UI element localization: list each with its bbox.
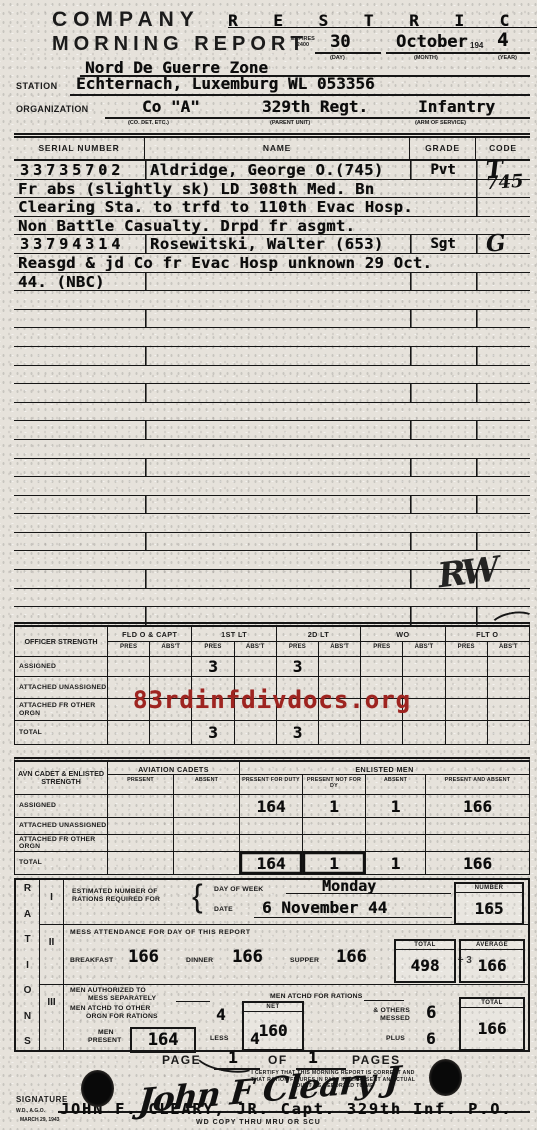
rations-total-value: 166 — [461, 1008, 523, 1049]
label-line: ESTIMATED NUMBER OF — [72, 888, 160, 896]
officer-subcolumn-header: ABS'T — [234, 641, 276, 656]
total-label: TOTAL — [461, 999, 523, 1008]
dinner-label: DINNER — [186, 957, 213, 965]
handwritten-initials: RW — [436, 550, 498, 597]
breakfast-value: 166 — [128, 947, 159, 967]
enlisted-strength-value — [107, 794, 173, 817]
organization-parent-unit: 329th Regt. — [262, 97, 368, 116]
organization-unit: Co "A" — [142, 97, 200, 116]
rations-section: RATIONS I ESTIMATED NUMBER OF RATIONS RE… — [14, 878, 530, 1052]
men-present-box: 164 — [130, 1027, 196, 1053]
expires-time: 2400 — [291, 42, 315, 48]
remark-text: Non Battle Casualty. Drpd fr asgmt. — [18, 217, 355, 235]
roster-blank-row — [14, 347, 530, 366]
col-header-grade: GRADE — [410, 138, 476, 159]
mess-total-value: 498 — [396, 950, 454, 981]
officer-strength-value — [234, 656, 276, 676]
enlisted-subcolumn-header: ABSENT — [365, 774, 425, 794]
others-messed-label: & OTHERS MESSED — [350, 1007, 410, 1023]
enlisted-strength-value — [365, 817, 425, 834]
aviation-cadets-group-header: AVIATION CADETS — [107, 762, 239, 774]
enlisted-men-group-header: ENLISTED MEN — [239, 762, 529, 774]
date-month-value: October — [396, 32, 468, 52]
officer-subcolumn-header: PRES — [360, 641, 402, 656]
enlisted-strength-value — [302, 834, 365, 851]
enlisted-strength-value — [107, 817, 173, 834]
number-box: NUMBER 165 — [454, 882, 524, 925]
rations-side-letter: O — [24, 985, 32, 996]
officer-strength-value — [487, 676, 529, 698]
rations-side-letter: A — [24, 909, 31, 920]
soldier-name: Rosewitski, Walter (653) — [150, 235, 384, 253]
officer-strength-value — [445, 698, 487, 720]
label-line: RATIONS REQUIRED FOR — [72, 896, 160, 904]
label-line: MESSED — [350, 1015, 410, 1023]
enlisted-strength-value: 164 — [239, 851, 302, 874]
rations-numeral-3: III — [40, 985, 64, 1050]
roster-row-remark: 44. (NBC) — [14, 273, 530, 292]
label-line: MEN — [88, 1029, 122, 1037]
date-month-label: (MONTH) — [414, 55, 438, 61]
officer-strength-value — [107, 656, 149, 676]
enlisted-strength-value — [425, 817, 529, 834]
men-present-label: MEN PRESENT — [88, 1029, 122, 1045]
label-line: PRESENT — [88, 1037, 122, 1045]
enlisted-strength-value: 1 — [365, 794, 425, 817]
rations-side-letter: N — [24, 1011, 31, 1022]
enlisted-subcolumn-header: ABSENT — [173, 774, 239, 794]
roster-blank-row — [14, 384, 530, 403]
morning-report-scanned-form: COMPANY R E S T R I C T E D MORNING REPO… — [0, 0, 537, 1130]
average-value: 166 — [461, 950, 523, 981]
officer-strength-value: 3 — [191, 720, 233, 744]
rations-side-letter: I — [26, 960, 29, 971]
officer-row-label: ATTACHED UNASSIGNED — [15, 676, 107, 698]
classification-stamp: R E S T R I C T E D — [228, 11, 537, 30]
roster-blank-row — [14, 477, 530, 496]
label-line: MEN AUTHORIZED TO — [70, 987, 156, 995]
enlisted-strength-value: 166 — [425, 794, 529, 817]
officer-subcolumn-header: ABS'T — [149, 641, 191, 656]
org-unit-sublabel: (CO. DET. ETC.) — [128, 120, 169, 126]
roster-blank-row — [14, 403, 530, 422]
roster-row-entry: 33794314 Rosewitski, Walter (653) Sgt G — [14, 235, 530, 254]
total-label: TOTAL — [396, 941, 454, 950]
officer-strength-value — [445, 656, 487, 676]
pages-total: 1 — [308, 1048, 318, 1067]
officer-row-label: ATTACHED FR OTHER ORGN — [15, 698, 107, 720]
average-box: AVERAGE 166 — [459, 939, 525, 983]
station-label: STATION — [16, 81, 58, 91]
roster-row-remark: Non Battle Casualty. Drpd fr asgmt. — [14, 217, 530, 236]
men-present-value: 164 — [148, 1030, 179, 1050]
enlisted-strength-value: 1 — [365, 851, 425, 874]
roster-blank-row — [14, 459, 530, 478]
enlisted-strength-value — [173, 794, 239, 817]
roster-blank-row — [14, 366, 530, 385]
enlisted-subcolumn-header: PRESENT FOR DUTY — [239, 774, 302, 794]
officer-strength-value — [402, 720, 444, 744]
enlisted-strength-value — [365, 834, 425, 851]
officer-strength-value — [445, 720, 487, 744]
roster-blank-row — [14, 421, 530, 440]
enlisted-strength-value — [173, 834, 239, 851]
mess-total-box: TOTAL 498 — [394, 939, 456, 983]
officer-group-header: 2D LT — [276, 627, 360, 641]
officer-subcolumn-header: PRES — [191, 641, 233, 656]
expires-stamp: EXPIRES 2400 — [291, 36, 315, 48]
organization-arm: Infantry — [418, 97, 495, 116]
officer-strength-table: OFFICER STRENGTHFLD O & CAPT1ST LT2D LTW… — [14, 622, 530, 745]
officer-subcolumn-header: ABS'T — [318, 641, 360, 656]
form-title-company: COMPANY — [52, 8, 200, 32]
form-title-morning-report: MORNING REPORT — [52, 33, 308, 56]
label-line: MESS SEPARATELY — [70, 995, 156, 1003]
roster-row-remark: Clearing Sta. to trfd to 110th Evac Hosp… — [14, 198, 530, 217]
officer-strength-value — [487, 656, 529, 676]
officer-subcolumn-header: PRES — [276, 641, 318, 656]
col-header-serial-number: SERIAL NUMBER — [14, 138, 145, 159]
number-label: NUMBER — [456, 884, 522, 893]
rations-total-box: TOTAL 166 — [459, 997, 525, 1051]
atchd-other-orgn-label: MEN ATCHD TO OTHER ORGN FOR RATIONS — [70, 1005, 158, 1021]
label-line: MEN ATCHD TO OTHER — [70, 1005, 158, 1013]
officer-group-header: FLD O & CAPT — [107, 627, 191, 641]
officer-strength-value — [360, 720, 402, 744]
roster-blank-row — [14, 514, 530, 533]
day-of-week-label: DAY OF WEEK — [214, 886, 263, 894]
distribution-line: WD COPY THRU MRU OR SCU — [196, 1119, 321, 1126]
label-line: & OTHERS — [350, 1007, 410, 1015]
rations-numeral-1: I — [40, 880, 64, 924]
organization-label: ORGANIZATION — [16, 104, 88, 114]
rations-row-3: III MEN AUTHORIZED TO MESS SEPARATELY ME… — [40, 985, 528, 1050]
officer-strength-value: 3 — [276, 720, 318, 744]
enlisted-subcolumn-header: PRESENT — [107, 774, 173, 794]
handwritten-code: G — [485, 235, 506, 254]
officer-strength-value — [149, 656, 191, 676]
officer-strength-value — [487, 720, 529, 744]
officer-strength-value — [360, 656, 402, 676]
officer-row-label: TOTAL — [15, 720, 107, 744]
officer-strength-value — [318, 720, 360, 744]
roster-blank-row — [14, 533, 530, 552]
remark-text: Clearing Sta. to trfd to 110th Evac Hosp… — [18, 198, 413, 216]
serial-number: 33735702 — [20, 161, 124, 179]
enlisted-strength-value: 1 — [302, 851, 365, 874]
enlisted-row-label: ATTACHED FR OTHER ORGN — [15, 834, 107, 851]
roster-blank-row — [14, 440, 530, 459]
roster-row-remark: Fr abs (slightly sk) LD 308th Med. Bn 74… — [14, 180, 530, 199]
enlisted-strength-value — [239, 834, 302, 851]
rations-side-letter: T — [24, 934, 30, 945]
mess-separately-blank — [176, 1001, 210, 1002]
rations-side-letter: S — [24, 1036, 31, 1047]
officer-subcolumn-header: PRES — [107, 641, 149, 656]
supper-label: SUPPER — [290, 957, 319, 965]
plus-value: 6 — [426, 1029, 436, 1048]
enlisted-row-label: ATTACHED UNASSIGNED — [15, 817, 107, 834]
enlisted-strength-value: 1 — [302, 794, 365, 817]
officer-strength-title: OFFICER STRENGTH — [15, 627, 107, 656]
mess-separately-label: MEN AUTHORIZED TO MESS SEPARATELY — [70, 987, 156, 1003]
grade-value: Pvt — [410, 161, 476, 179]
rations-side-label: RATIONS — [16, 880, 40, 1050]
remark-text: 44. (NBC) — [18, 273, 105, 291]
enlisted-strength-table: AVN CADET & ENLISTED STRENGTHAVIATION CA… — [14, 757, 530, 875]
officer-row-label: ASSIGNED — [15, 656, 107, 676]
rations-numeral-2: II — [40, 925, 64, 984]
officer-subcolumn-header: PRES — [445, 641, 487, 656]
roster-row-remark: Reasgd & jd Co fr Evac Hosp unknown 29 O… — [14, 254, 530, 273]
enlisted-strength-value — [107, 834, 173, 851]
officer-strength-value: 3 — [276, 656, 318, 676]
rations-side-letter: R — [24, 883, 31, 894]
punch-hole-icon — [429, 1059, 462, 1096]
officer-strength-value — [149, 720, 191, 744]
dinner-value: 166 — [232, 947, 263, 967]
atchd-for-rations-label: MEN ATCHD FOR RATIONS — [270, 993, 362, 1001]
organization-underline — [105, 117, 530, 119]
enlisted-strength-value — [173, 817, 239, 834]
station-value: Echternach, Luxemburg WL 053356 — [76, 74, 375, 93]
breakfast-label: BREAKFAST — [70, 957, 113, 965]
enlisted-row-label: TOTAL — [15, 851, 107, 874]
roster-blank-row — [14, 496, 530, 515]
enlisted-strength-value — [107, 851, 173, 874]
roster-row-entry: 33735702 Aldridge, George O.(745) Pvt T — [14, 161, 530, 180]
soldier-name: Aldridge, George O.(745) — [150, 161, 384, 179]
remark-text: Fr abs (slightly sk) LD 308th Med. Bn — [18, 180, 374, 198]
officer-strength-value — [107, 720, 149, 744]
enlisted-strength-value — [239, 817, 302, 834]
officer-strength-value — [402, 656, 444, 676]
rations-date-value: 6 November 44 — [262, 898, 387, 917]
atchd-for-rations-blank — [364, 1000, 404, 1001]
date-day-value: 30 — [330, 32, 350, 52]
others-messed-value: 6 — [426, 1003, 436, 1023]
officer-strength-value — [487, 698, 529, 720]
supper-value: 166 — [336, 947, 367, 967]
mess-attendance-label: MESS ATTENDANCE FOR DAY OF THIS REPORT — [70, 929, 251, 937]
rations-row-1: I ESTIMATED NUMBER OF RATIONS REQUIRED F… — [40, 880, 528, 925]
grade-value: Sgt — [410, 235, 476, 253]
date-day-label: (DAY) — [330, 55, 345, 61]
serial-number: 33794314 — [20, 235, 124, 253]
watermark-text: 83rdinfdivdocs.org — [133, 686, 411, 714]
punch-hole-icon — [81, 1070, 114, 1107]
date-year-underline — [488, 52, 530, 54]
rations-date-underline — [254, 917, 452, 918]
label-line: ORGN FOR RATIONS — [70, 1013, 158, 1021]
date-month-underline — [386, 52, 494, 54]
officer-group-header: 1ST LT — [191, 627, 275, 641]
officer-strength-value — [234, 720, 276, 744]
enlisted-strength-value: 164 — [239, 794, 302, 817]
date-year-printed: 194 — [470, 41, 483, 50]
officer-strength-value — [445, 676, 487, 698]
remark-text: Reasgd & jd Co fr Evac Hosp unknown 29 O… — [18, 254, 432, 272]
date-year-label: (YEAR) — [498, 55, 517, 61]
roster-blank-row — [14, 310, 530, 329]
atchd-other-value: 4 — [216, 1005, 226, 1024]
enlisted-strength-value — [425, 834, 529, 851]
enlisted-strength-value — [302, 817, 365, 834]
enlisted-subcolumn-header: PRESENT AND ABSENT — [425, 774, 529, 794]
officer-group-header: WO — [360, 627, 444, 641]
org-arm-sublabel: (ARM OF SERVICE) — [415, 120, 466, 126]
station-underline — [70, 94, 530, 96]
day-of-week-underline — [286, 893, 451, 894]
enlisted-strength-value: 166 — [425, 851, 529, 874]
of-label: OF — [268, 1053, 288, 1067]
roster-table: SERIAL NUMBER NAME GRADE CODE 33735702 A… — [14, 133, 530, 626]
officer-subcolumn-header: ABS'T — [487, 641, 529, 656]
handwritten-code: 745 — [485, 172, 524, 193]
roster-header-row: SERIAL NUMBER NAME GRADE CODE — [14, 133, 530, 161]
less-value: 4 — [250, 1029, 260, 1048]
net-label: NET — [244, 1003, 302, 1012]
enlisted-subcolumn-header: PRESENT NOT FOR DY — [302, 774, 365, 794]
officer-strength-value — [318, 656, 360, 676]
enlisted-strength-title: AVN CADET & ENLISTED STRENGTH — [15, 762, 107, 794]
col-header-name: NAME — [145, 138, 410, 159]
org-parent-sublabel: (PARENT UNIT) — [270, 120, 310, 126]
form-number-print: W.D., A.G.O. — [16, 1108, 45, 1114]
rations-estimated-label: ESTIMATED NUMBER OF RATIONS REQUIRED FOR — [72, 888, 160, 904]
plus-label: PLUS — [386, 1035, 405, 1043]
roster-blank-row — [14, 328, 530, 347]
average-label: AVERAGE — [461, 941, 523, 950]
number-value: 165 — [456, 893, 522, 923]
rations-row-2: II MESS ATTENDANCE FOR DAY OF THIS REPOR… — [40, 925, 528, 985]
roster-blank-row — [14, 291, 530, 310]
officer-subcolumn-header: ABS'T — [402, 641, 444, 656]
date-year-value: 4 — [497, 29, 508, 51]
enlisted-strength-value — [173, 851, 239, 874]
date-label: DATE — [214, 906, 233, 914]
enlisted-row-label: ASSIGNED — [15, 794, 107, 817]
form-date-print: MARCH 29, 1943 — [20, 1117, 59, 1123]
date-day-underline — [315, 52, 381, 54]
brace-glyph: { — [192, 878, 203, 915]
officer-strength-value: 3 — [191, 656, 233, 676]
